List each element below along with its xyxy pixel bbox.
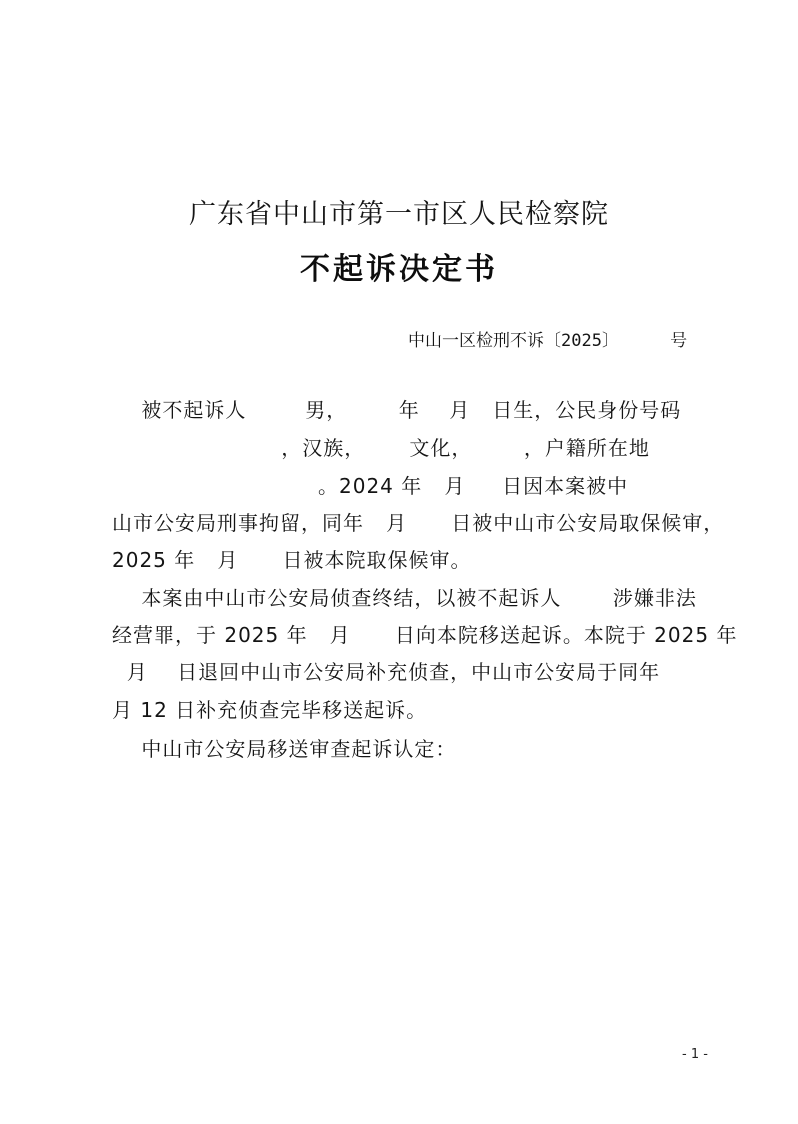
paragraph-2-line-2: 经营罪，于 2025 年 月 日向本院移送起诉。本院于 2025 年 bbox=[112, 619, 737, 648]
paragraph-3-line-1: 中山市公安局移送审查起诉认定： bbox=[112, 733, 456, 762]
paragraph-1-line-4: 山市公安局刑事拘留，同年 月 日被中山市公安局取保候审， bbox=[112, 507, 724, 536]
page-number: - 1 - bbox=[682, 1047, 708, 1062]
paragraph-2-line-1: 本案由中山市公安局侦查终结，以被不起诉人 涉嫌非法 bbox=[112, 582, 697, 611]
paragraph-2-line-3: 月 日退回中山市公安局补充侦查，中山市公安局于同年 bbox=[112, 656, 660, 685]
paragraph-1-line-5: 2025 年 月 日被本院取保候审。 bbox=[112, 544, 471, 573]
document-title: 不起诉决定书 bbox=[0, 244, 798, 288]
document-page: 广东省中山市第一市区人民检察院 不起诉决定书 中山一区检刑不诉〔2025〕 号 … bbox=[0, 0, 798, 1124]
paragraph-1-line-2: ，汉族， 文化， ，户籍所在地 bbox=[112, 432, 650, 461]
paragraph-1-line-3: 。2024 年 月 日因本案被中 bbox=[112, 470, 628, 499]
organization-title: 广东省中山市第一市区人民检察院 bbox=[0, 192, 798, 231]
paragraph-2-line-4: 月 12 日补充侦查完毕移送起诉。 bbox=[112, 694, 427, 723]
document-number: 中山一区检刑不诉〔2025〕 号 bbox=[408, 326, 687, 351]
paragraph-1-line-1: 被不起诉人 男， 年 月 日生，公民身份号码 bbox=[112, 394, 681, 423]
